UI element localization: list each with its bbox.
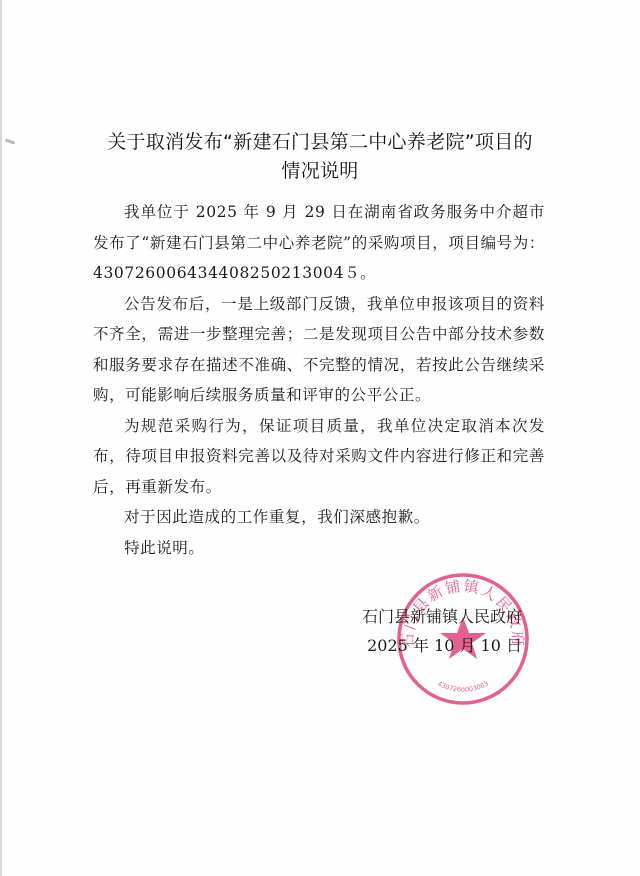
signature-date: 2025 年 10 月 10 日 (367, 631, 522, 661)
document-page: 关于取消发布“新建石门县第二中心养老院”项目的 情况说明 我单位于 2025 年… (0, 0, 640, 876)
paragraph-2: 公告发布后，一是上级部门反馈，我单位申报该项目的资料不齐全，需进一步整理完善；二… (93, 289, 545, 411)
paragraph-4: 对于因此造成的工作重复，我们深感抱歉。 (93, 502, 545, 533)
title-line-2: 情况说明 (90, 157, 550, 186)
paragraph-1: 我单位于 2025 年 9 月 29 日在湖南省政务服务中介超市发布了“新建石门… (93, 197, 545, 289)
document-body: 我单位于 2025 年 9 月 29 日在湖南省政务服务中介超市发布了“新建石门… (93, 197, 545, 563)
paragraph-5: 特此说明。 (93, 533, 545, 564)
document-title: 关于取消发布“新建石门县第二中心养老院”项目的 情况说明 (90, 128, 550, 186)
scan-edge (0, 0, 2, 876)
signature-organization: 石门县新铺镇人民政府 (362, 602, 522, 632)
title-line-1: 关于取消发布“新建石门县第二中心养老院”项目的 (90, 128, 550, 157)
svg-text:4307260003063: 4307260003063 (436, 680, 489, 694)
scan-mark (5, 138, 15, 144)
paragraph-3: 为规范采购行为，保证项目质量，我单位决定取消本次发布，待项目申报资料完善以及待对… (93, 411, 545, 503)
seal-serial: 4307260003063 (436, 680, 489, 694)
